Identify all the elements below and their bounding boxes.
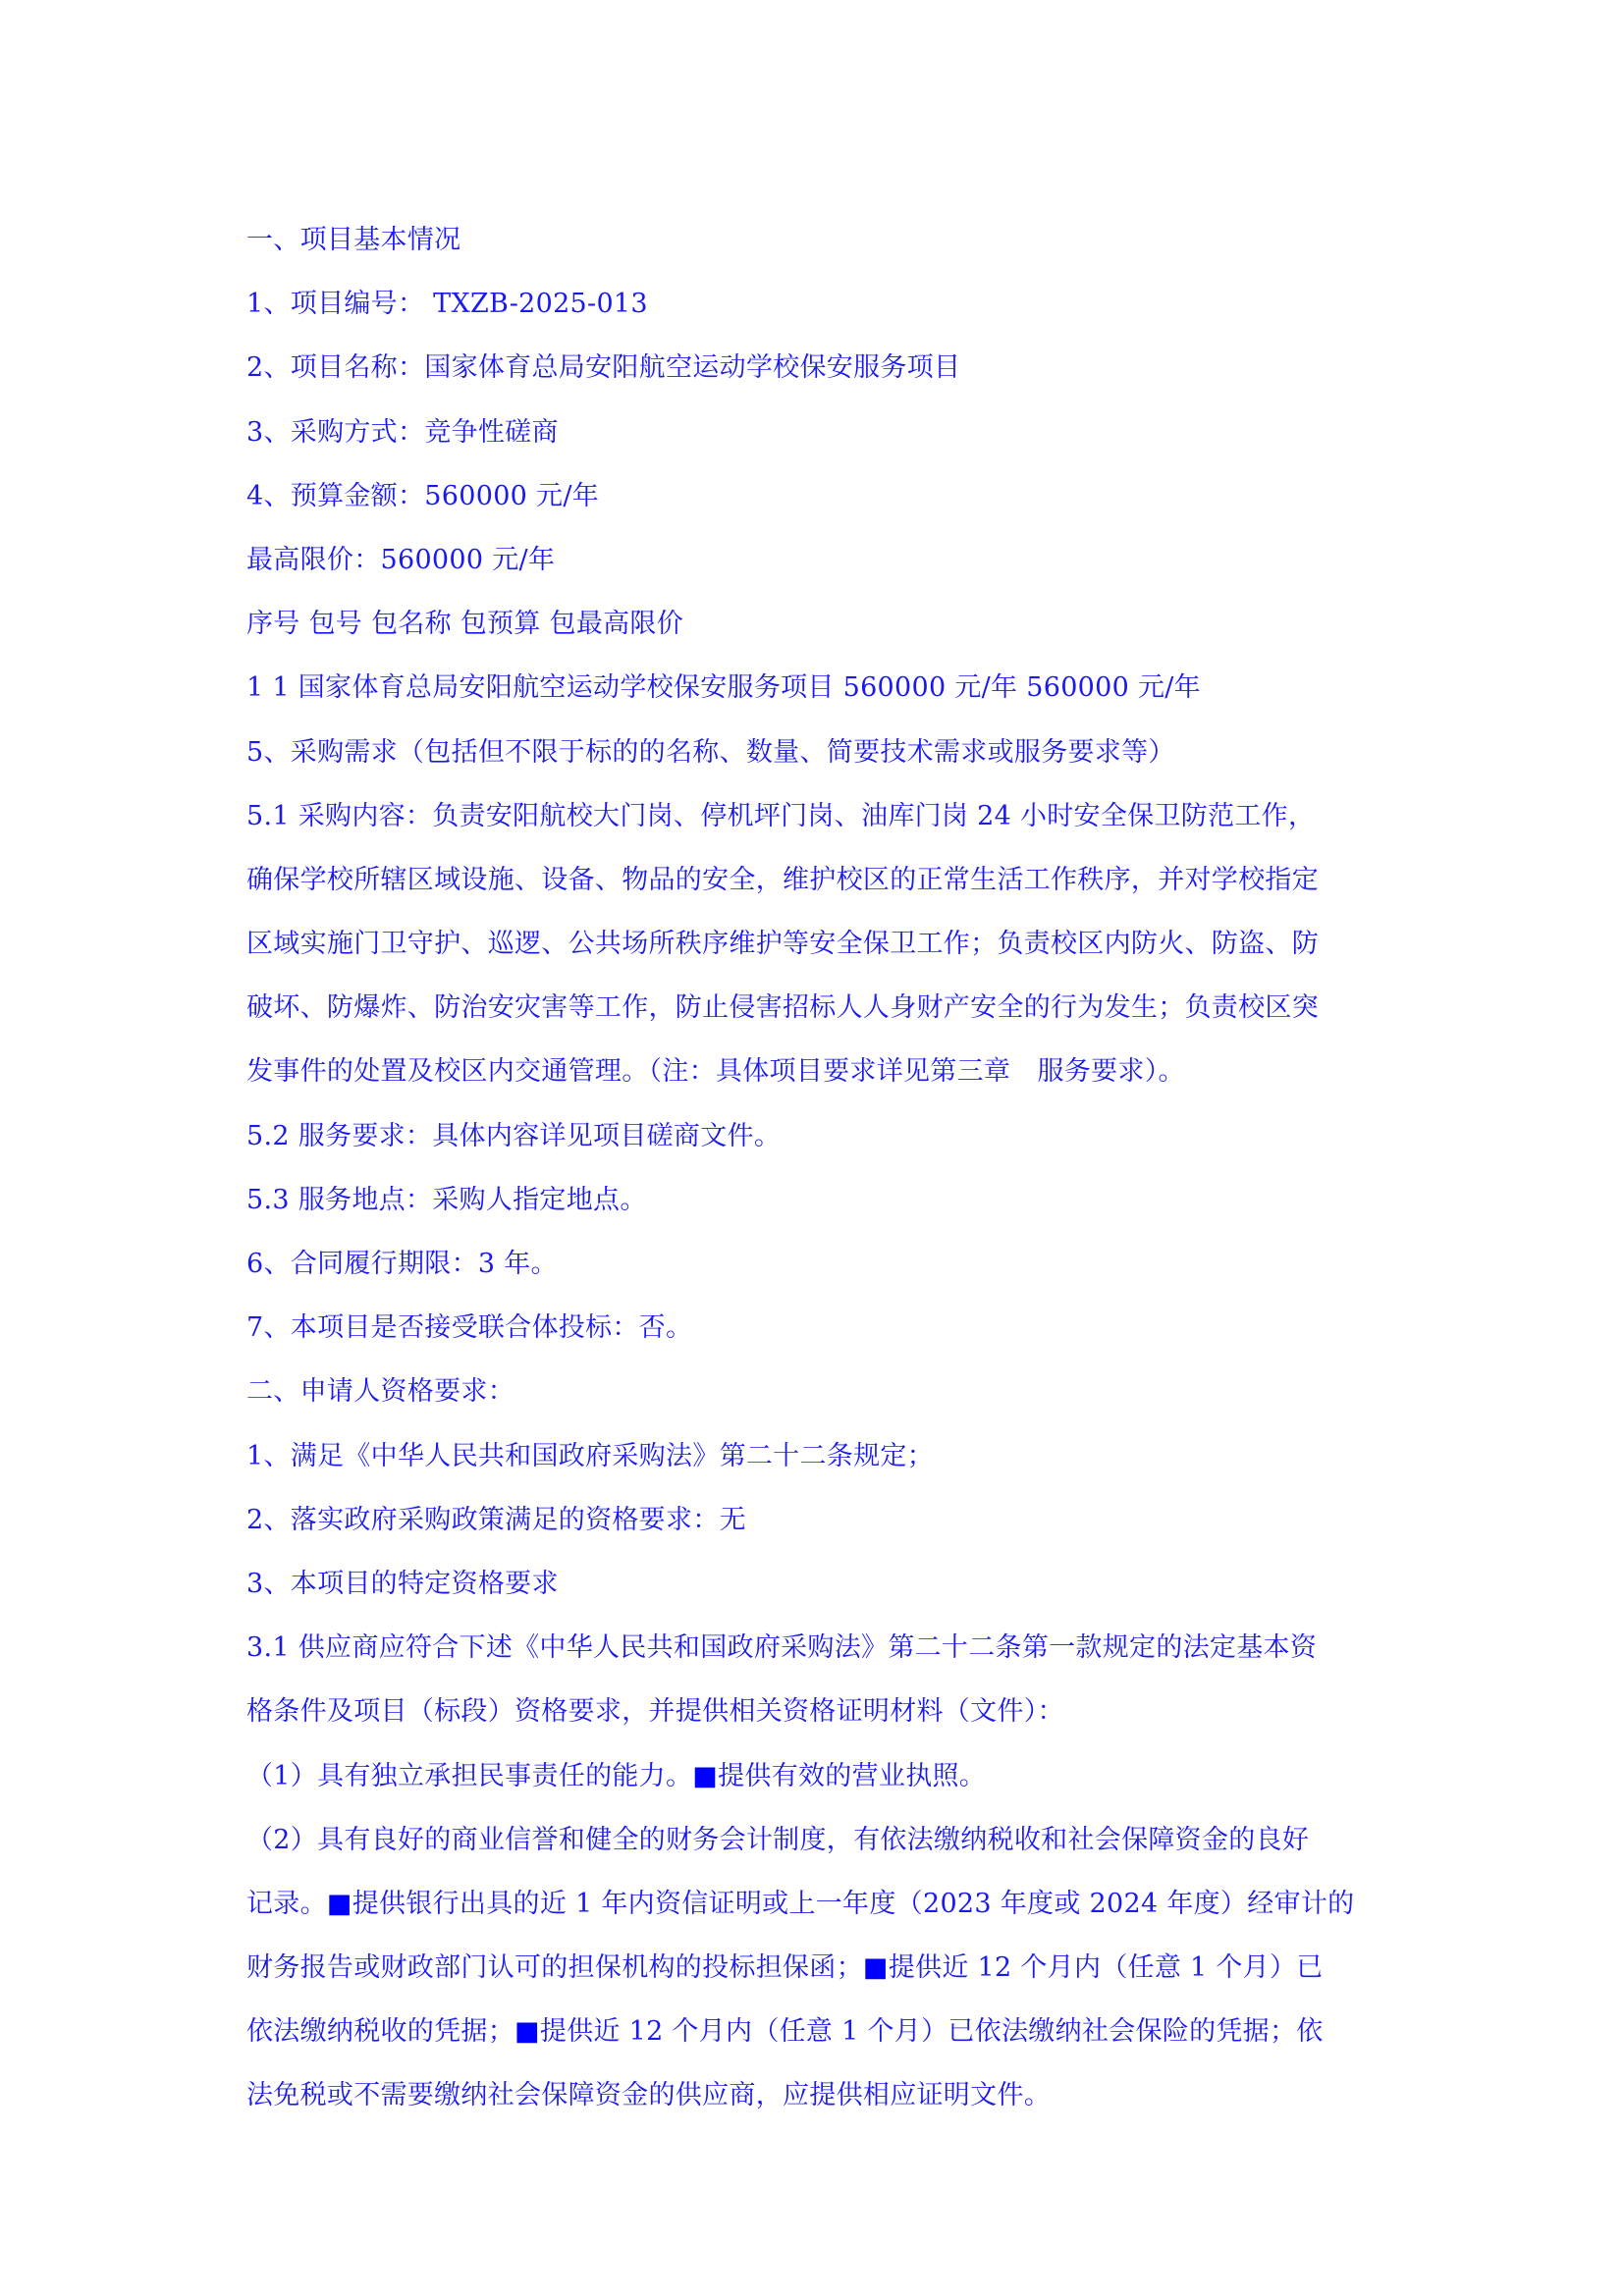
requirement-2-text: （2）具有良好的商业信誉和健全的财务会计制度，有依法缴纳税收和社会保障资金的良好 — [246, 1825, 1309, 1855]
requirement-2-line: 依法缴纳税收的凭据；■提供近 12 个月内（任意 1 个月）已依法缴纳社会保险的… — [246, 2000, 1387, 2063]
requirement-2-text: 依法缴纳税收的凭据； — [246, 2016, 514, 2047]
project-number: 1、项目编号： TXZB-2025-013 — [246, 272, 1387, 336]
requirement-2-line: （2）具有良好的商业信誉和健全的财务会计制度，有依法缴纳税收和社会保障资金的良好 — [246, 1808, 1387, 1872]
requirement-2-text: 提供近 12 个月内（任意 1 个月）已依法缴纳社会保险的凭据；依 — [540, 2016, 1324, 2047]
service-location: 5.3 服务地点：采购人指定地点。 — [246, 1168, 1387, 1232]
checkbox-square-icon: ■ — [327, 1889, 352, 1919]
qualification-3-1: 3.1 供应商应符合下述《中华人民共和国政府采购法》第二十二条第一款规定的法定基… — [246, 1616, 1387, 1743]
checkbox-square-icon: ■ — [514, 2016, 540, 2047]
section-heading-qualifications: 二、申请人资格要求： — [246, 1360, 1387, 1423]
qualification-item-2: 2、落实政府采购政策满足的资格要求：无 — [246, 1488, 1387, 1552]
document-page: 一、项目基本情况 1、项目编号： TXZB-2025-013 2、项目名称：国家… — [246, 208, 1387, 2128]
procurement-content-line: 发事件的处置及校区内交通管理。（注：具体项目要求详见第三章 服务要求）。 — [246, 1040, 1387, 1103]
checkbox-square-icon: ■ — [692, 1761, 718, 1791]
qualification-item-3: 3、本项目的特定资格要求 — [246, 1552, 1387, 1616]
requirement-2-line: 法免税或不需要缴纳社会保障资金的供应商，应提供相应证明文件。 — [246, 2063, 1387, 2127]
package-table-header: 序号 包号 包名称 包预算 包最高限价 — [246, 592, 1387, 656]
requirement-2-line: 记录。■提供银行出具的近 1 年内资信证明或上一年度（2023 年度或 2024… — [246, 1872, 1387, 1936]
budget-amount: 4、预算金额：560000 元/年 — [246, 464, 1387, 528]
requirement-2: （2）具有良好的商业信誉和健全的财务会计制度，有依法缴纳税收和社会保障资金的良好… — [246, 1808, 1387, 2128]
requirement-2-text: 财务报告或财政部门认可的担保机构的投标担保函； — [246, 1952, 863, 1983]
requirement-2-text: 提供近 12 个月内（任意 1 个月）已 — [889, 1952, 1324, 1983]
procurement-method: 3、采购方式：竞争性磋商 — [246, 400, 1387, 464]
service-requirements: 5.2 服务要求：具体内容详见项目磋商文件。 — [246, 1104, 1387, 1168]
qualification-3-1-line: 格条件及项目（标段）资格要求，并提供相关资格证明材料（文件）： — [246, 1680, 1387, 1743]
procurement-content: 5.1 采购内容：负责安阳航校大门岗、停机坪门岗、油库门岗 24 小时安全保卫防… — [246, 784, 1387, 1104]
procurement-content-line: 区域实施门卫守护、巡逻、公共场所秩序维护等安全保卫工作；负责校区内防火、防盗、防 — [246, 912, 1387, 976]
section-heading-project-info: 一、项目基本情况 — [246, 208, 1387, 272]
qualification-3-1-line: 3.1 供应商应符合下述《中华人民共和国政府采购法》第二十二条第一款规定的法定基… — [246, 1616, 1387, 1680]
consortium-bidding: 7、本项目是否接受联合体投标：否。 — [246, 1296, 1387, 1360]
requirement-2-text: 提供银行出具的近 1 年内资信证明或上一年度（2023 年度或 2024 年度）… — [352, 1889, 1355, 1919]
requirement-2-text: 记录。 — [246, 1889, 327, 1919]
procurement-content-line: 破坏、防爆炸、防治安灾害等工作，防止侵害招标人人身财产安全的行为发生；负责校区突 — [246, 976, 1387, 1040]
requirement-1: （1）具有独立承担民事责任的能力。■提供有效的营业执照。 — [246, 1744, 1387, 1808]
requirement-1-text: （1）具有独立承担民事责任的能力。 — [246, 1761, 692, 1791]
package-table-row: 1 1 国家体育总局安阳航空运动学校保安服务项目 560000 元/年 5600… — [246, 656, 1387, 720]
requirement-2-text: 法免税或不需要缴纳社会保障资金的供应商，应提供相应证明文件。 — [246, 2080, 1051, 2110]
procurement-content-line: 5.1 采购内容：负责安阳航校大门岗、停机坪门岗、油库门岗 24 小时安全保卫防… — [246, 784, 1387, 848]
checkbox-square-icon: ■ — [863, 1952, 889, 1983]
procurement-requirements: 5、采购需求（包括但不限于标的的名称、数量、简要技术需求或服务要求等） — [246, 721, 1387, 784]
max-price: 最高限价：560000 元/年 — [246, 528, 1387, 592]
procurement-content-line: 确保学校所辖区域设施、设备、物品的安全，维护校区的正常生活工作秩序，并对学校指定 — [246, 848, 1387, 912]
contract-period: 6、合同履行期限：3 年。 — [246, 1232, 1387, 1296]
requirement-2-line: 财务报告或财政部门认可的担保机构的投标担保函；■提供近 12 个月内（任意 1 … — [246, 1936, 1387, 2000]
qualification-item-1: 1、满足《中华人民共和国政府采购法》第二十二条规定； — [246, 1424, 1387, 1488]
requirement-1-evidence: 提供有效的营业执照。 — [718, 1761, 986, 1791]
project-name: 2、项目名称：国家体育总局安阳航空运动学校保安服务项目 — [246, 336, 1387, 400]
